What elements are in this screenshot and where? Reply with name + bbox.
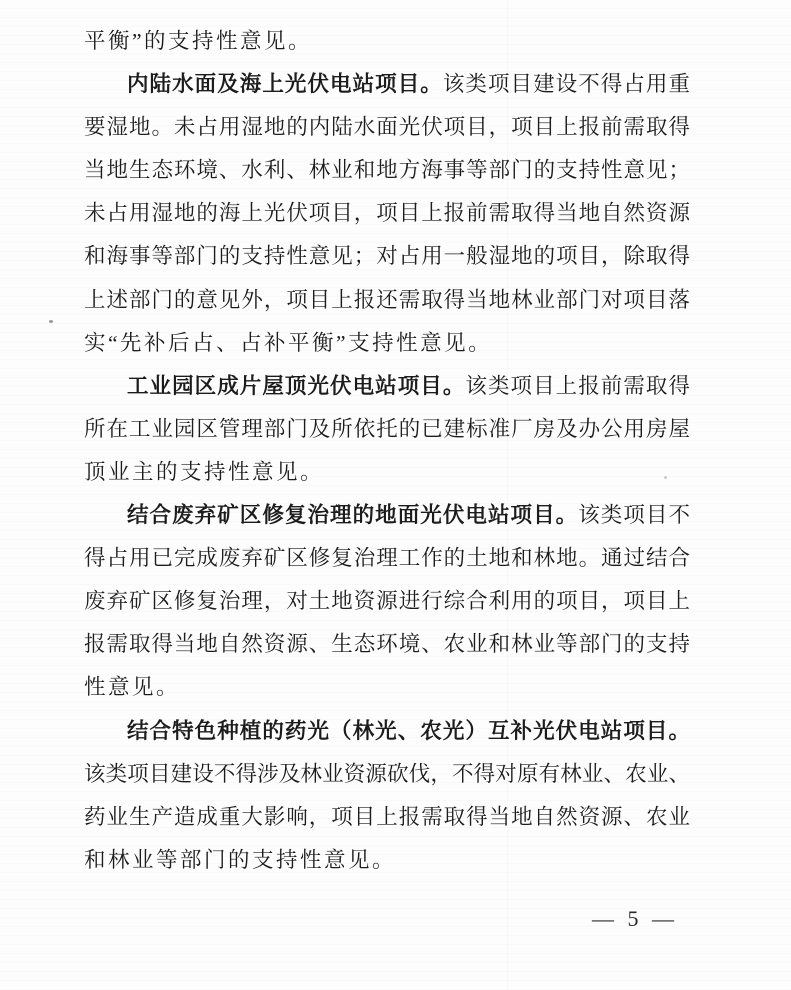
- body-segment: 该类项目不: [578, 503, 690, 527]
- body-segment: 报需取得当地自然资源、生态环境、农业和林业等部门的支持: [84, 632, 690, 656]
- text-line: 得占用已完成废弃矿区修复治理工作的土地和林地。通过结合: [84, 537, 690, 580]
- text-line: 结合废弃矿区修复治理的地面光伏电站项目。该类项目不: [84, 494, 690, 537]
- heading-segment: 结合废弃矿区修复治理的地面光伏电站项目。: [127, 503, 578, 527]
- scan-speck: [664, 476, 667, 479]
- body-segment: 当地生态环境、水利、林业和地方海事等部门的支持性意见；: [84, 158, 690, 182]
- text-line: 和林业等部门的支持性意见。: [84, 839, 690, 882]
- text-line: 实“先补后占、占补平衡”支持性意见。: [84, 322, 690, 365]
- text-line: 工业园区成片屋顶光伏电站项目。该类项目上报前需取得: [84, 365, 690, 408]
- text-line: 当地生态环境、水利、林业和地方海事等部门的支持性意见；: [84, 149, 690, 192]
- body-segment: 和海事等部门的支持性意见；对占用一般湿地的项目，除取得: [84, 244, 690, 268]
- text-line: 未占用湿地的海上光伏项目，项目上报前需取得当地自然资源: [84, 192, 690, 235]
- text-line: 报需取得当地自然资源、生态环境、农业和林业等部门的支持: [84, 623, 690, 666]
- body-segment: 该类项目建设不得涉及林业资源砍伐，不得对原有林业、农业、: [84, 762, 690, 786]
- text-line: 结合特色种植的药光（林光、农光）互补光伏电站项目。: [84, 710, 690, 753]
- body-segment: 未占用湿地的海上光伏项目，项目上报前需取得当地自然资源: [84, 201, 690, 225]
- text-line: 上述部门的意见外，项目上报还需取得当地林业部门对项目落: [84, 279, 690, 322]
- text-line: 要湿地。未占用湿地的内陆水面光伏项目，项目上报前需取得: [84, 106, 690, 149]
- scan-speck: [49, 320, 53, 323]
- text-block: 平衡”的支持性意见。内陆水面及海上光伏电站项目。该类项目建设不得占用重要湿地。未…: [84, 20, 690, 882]
- heading-segment: 结合特色种植的药光（林光、农光）互补光伏电站项目。: [127, 719, 690, 743]
- text-line: 平衡”的支持性意见。: [84, 20, 690, 63]
- text-line: 内陆水面及海上光伏电站项目。该类项目建设不得占用重: [84, 63, 690, 106]
- page-number: — 5 —: [592, 906, 678, 932]
- heading-segment: 内陆水面及海上光伏电站项目。: [127, 72, 443, 96]
- body-segment: 药业生产造成重大影响，项目上报需取得当地自然资源、农业: [84, 805, 690, 829]
- body-segment: 得占用已完成废弃矿区修复治理工作的土地和林地。通过结合: [84, 546, 690, 570]
- body-segment: 该类项目上报前需取得: [465, 374, 690, 398]
- scanned-document-page: 平衡”的支持性意见。内陆水面及海上光伏电站项目。该类项目建设不得占用重要湿地。未…: [0, 0, 791, 990]
- body-segment: 上述部门的意见外，项目上报还需取得当地林业部门对项目落: [84, 288, 690, 312]
- body-segment: 所在工业园区管理部门及所依托的已建标准厂房及办公用房屋: [84, 417, 690, 441]
- body-segment: 性意见。: [84, 675, 180, 699]
- text-line: 所在工业园区管理部门及所依托的已建标准厂房及办公用房屋: [84, 408, 690, 451]
- text-line: 该类项目建设不得涉及林业资源砍伐，不得对原有林业、农业、: [84, 753, 690, 796]
- body-segment: 要湿地。未占用湿地的内陆水面光伏项目，项目上报前需取得: [84, 115, 690, 139]
- text-line: 和海事等部门的支持性意见；对占用一般湿地的项目，除取得: [84, 235, 690, 278]
- body-segment: 废弃矿区修复治理，对土地资源进行综合利用的项目，项目上: [84, 589, 690, 613]
- text-line: 废弃矿区修复治理，对土地资源进行综合利用的项目，项目上: [84, 580, 690, 623]
- body-segment: 顶业主的支持性意见。: [84, 460, 324, 484]
- body-segment: 该类项目建设不得占用重: [443, 72, 690, 96]
- body-segment: 和林业等部门的支持性意见。: [84, 848, 396, 872]
- text-line: 药业生产造成重大影响，项目上报需取得当地自然资源、农业: [84, 796, 690, 839]
- heading-segment: 工业园区成片屋顶光伏电站项目。: [127, 374, 465, 398]
- text-line: 性意见。: [84, 666, 690, 709]
- body-segment: 实“先补后占、占补平衡”支持性意见。: [84, 331, 492, 355]
- text-line: 顶业主的支持性意见。: [84, 451, 690, 494]
- body-segment: 平衡”的支持性意见。: [84, 29, 312, 53]
